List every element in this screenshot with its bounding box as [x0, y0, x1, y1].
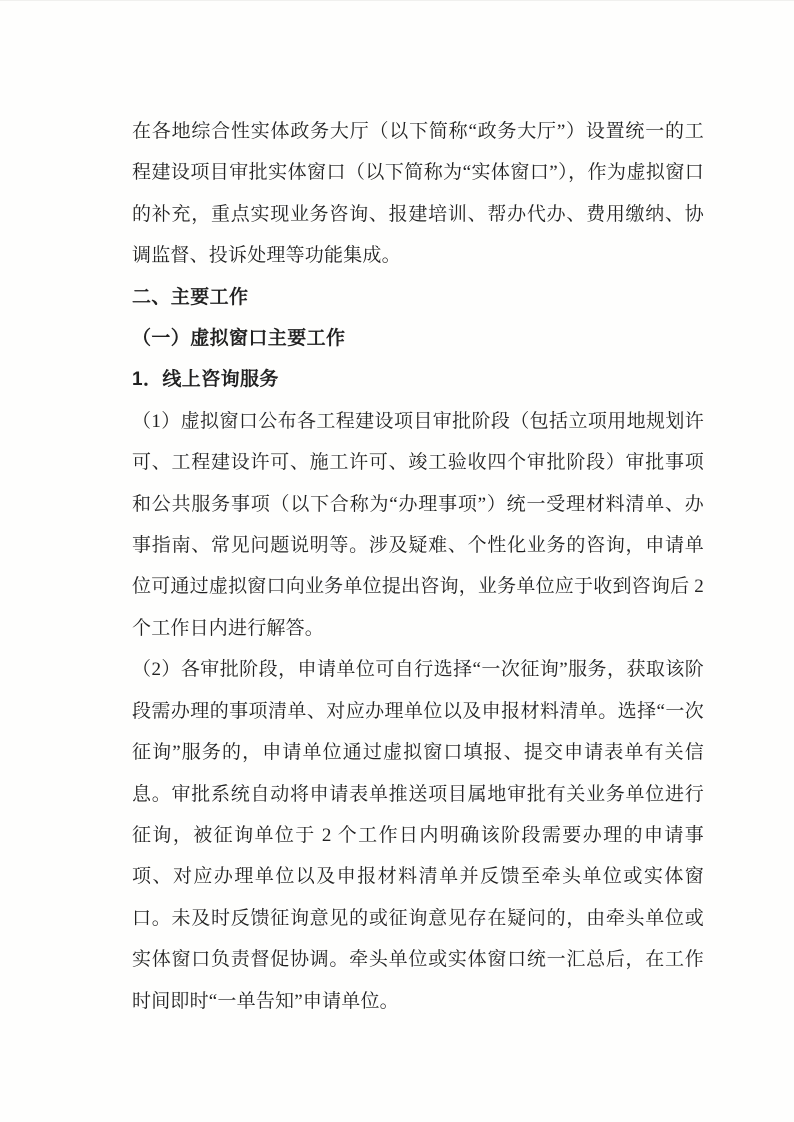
paragraph-item-1-online-consulting: （1）虚拟窗口公布各工程建设项目审批阶段（包括立项用地规划许可、工程建设许可、施…: [132, 401, 704, 649]
heading-subsection-virtual-window-main-work: （一）虚拟窗口主要工作: [132, 318, 704, 359]
heading-section-main-work: 二、主要工作: [132, 277, 704, 318]
document-page: 在各地综合性实体政务大厅（以下简称“政务大厅”）设置统一的工程建设项目审批实体窗…: [0, 0, 794, 1122]
document-content: 在各地综合性实体政务大厅（以下简称“政务大厅”）设置统一的工程建设项目审批实体窗…: [132, 111, 704, 1022]
paragraph-item-2-one-time-inquiry: （2）各审批阶段，申请单位可自行选择“一次征询”服务，获取该阶段需办理的事项清单…: [132, 649, 704, 1022]
heading-item-online-consulting-service: 1．线上咨询服务: [132, 359, 704, 400]
paragraph-intro-physical-window: 在各地综合性实体政务大厅（以下简称“政务大厅”）设置统一的工程建设项目审批实体窗…: [132, 111, 704, 277]
